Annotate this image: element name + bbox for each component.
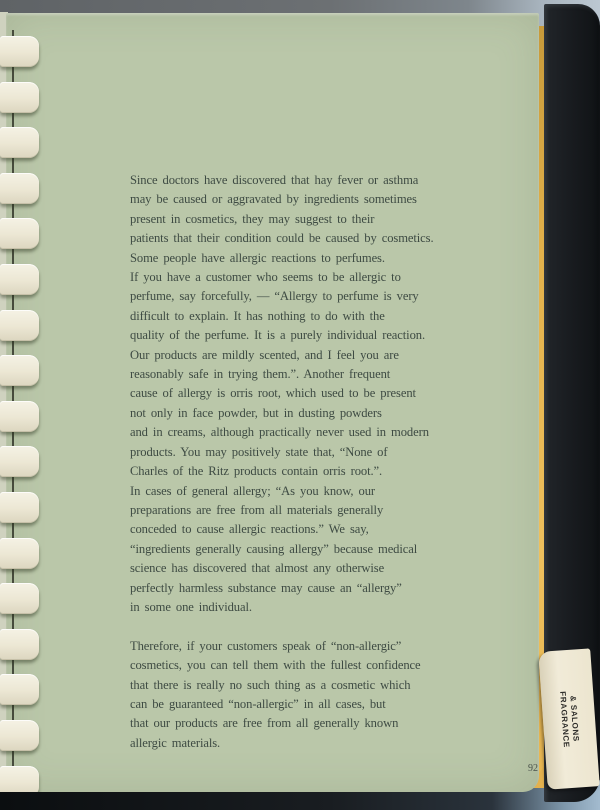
binding-tooth — [0, 127, 39, 158]
text-line: products. You may positively state that,… — [130, 443, 460, 462]
binding-tooth — [0, 492, 39, 523]
binding-tooth — [0, 629, 39, 660]
text-line: Some people have allergic reactions to p… — [130, 249, 460, 268]
paragraph: Therefore, if your customers speak of “n… — [130, 637, 460, 753]
text-line: perfume, say forcefully, — “Allergy to p… — [130, 287, 460, 306]
text-line: in some one individual. — [130, 598, 460, 617]
paragraph: Since doctors have discovered that hay f… — [130, 171, 460, 617]
text-line: science has discovered that almost any o… — [130, 559, 460, 578]
text-line: cause of allergy is orris root, which us… — [130, 384, 460, 403]
tab-label: FRAGRANCE & SALONS — [557, 690, 581, 748]
binding-tooth — [0, 173, 39, 204]
text-line: may be caused or aggravated by ingredien… — [130, 190, 460, 209]
page-number: 92 — [520, 763, 546, 774]
text-line: that our products are free from all gene… — [130, 714, 460, 733]
text-line: allergic materials. — [130, 734, 460, 753]
index-tab: FRAGRANCE & SALONS — [538, 648, 599, 789]
binding-tooth — [0, 446, 39, 477]
text-line: Since doctors have discovered that hay f… — [130, 171, 460, 190]
text-line: Our products are mildly scented, and I f… — [130, 346, 460, 365]
text-line: preparations are free from all materials… — [130, 501, 460, 520]
text-line: Charles of the Ritz products contain orr… — [130, 462, 460, 481]
text-line: can be guaranteed “non-allergic” in all … — [130, 695, 460, 714]
text-line: not only in face powder, but in dusting … — [130, 404, 460, 423]
text-line: reasonably safe in trying them.”. Anothe… — [130, 365, 460, 384]
text-line: that there is really no such thing as a … — [130, 676, 460, 695]
text-line: and in creams, although practically neve… — [130, 423, 460, 442]
binding-tooth — [0, 82, 39, 113]
binding-tooth — [0, 583, 39, 614]
text-line: Therefore, if your customers speak of “n… — [130, 637, 460, 656]
binding-tooth — [0, 36, 39, 67]
binding-tooth — [0, 401, 39, 432]
text-line: perfectly harmless substance may cause a… — [130, 579, 460, 598]
text-line: cosmetics, you can tell them with the fu… — [130, 656, 460, 675]
binding-tooth — [0, 355, 39, 386]
text-line: patients that their condition could be c… — [130, 229, 460, 248]
text-line: “ingredients generally causing allergy” … — [130, 540, 460, 559]
text-line: difficult to explain. It has nothing to … — [130, 307, 460, 326]
binding-tooth — [0, 264, 39, 295]
binding-tooth — [0, 720, 39, 751]
text-line: If you have a customer who seems to be a… — [130, 268, 460, 287]
text-line: quality of the perfume. It is a purely i… — [130, 326, 460, 345]
page-text: Since doctors have discovered that hay f… — [130, 171, 460, 753]
text-line: present in cosmetics, they may suggest t… — [130, 210, 460, 229]
book-page: Since doctors have discovered that hay f… — [6, 13, 539, 792]
binding-tooth — [0, 538, 39, 569]
comb-binding — [0, 0, 48, 792]
text-line: conceded to cause allergic reactions.” W… — [130, 520, 460, 539]
text-line: In cases of general allergy; “As you kno… — [130, 482, 460, 501]
tab-label-line2: & SALONS — [568, 695, 580, 742]
book-photo: Since doctors have discovered that hay f… — [0, 0, 600, 810]
binding-tooth — [0, 766, 39, 792]
binding-tooth — [0, 310, 39, 341]
binding-tooth — [0, 674, 39, 705]
binding-tooth — [0, 218, 39, 249]
